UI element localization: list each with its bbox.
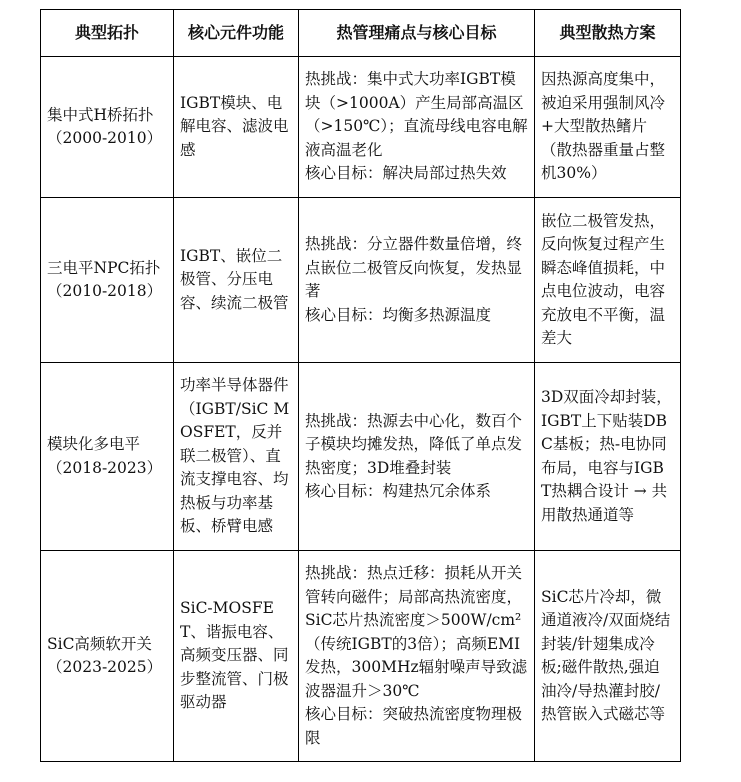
topology-period: （2010-2018） xyxy=(47,280,167,304)
topology-period: （2018-2023） xyxy=(47,457,167,481)
table-row: 三电平NPC拓扑 （2010-2018） IGBT、嵌位二极管、分压电容、续流二… xyxy=(41,198,681,363)
table-row: 模块化多电平 （2018-2023） 功率半导体器件（IGBT/SiC MOSF… xyxy=(41,363,681,551)
cell-cooling-solution: SiC芯片冷却，微通道液冷/双面烧结封装/针翅集成冷板;磁件散热,强迫油冷/导热… xyxy=(535,551,681,762)
cell-cooling-solution: 3D双面冷却封装，IGBT上下贴装DBC基板；热-电协同布局，电容与IGBT热耦… xyxy=(535,363,681,551)
header-pain-points: 热管理痛点与核心目标 xyxy=(299,10,535,57)
topology-name: 模块化多电平 xyxy=(47,433,167,457)
table-row: 集中式H桥拓扑 （2000-2010） IGBT模块、电解电容、滤波电感 热挑战… xyxy=(41,57,681,198)
cell-cooling-solution: 因热源高度集中，被迫采用强制风冷+大型散热鳍片（散热器重量占整机30%） xyxy=(535,57,681,198)
cell-pain-points: 热挑战：热源去中心化，数百个子模块均摊发热，降低了单点发热密度；3D堆叠封装 核… xyxy=(299,363,535,551)
core-goal: 核心目标：构建热冗余体系 xyxy=(305,480,528,504)
header-topology: 典型拓扑 xyxy=(41,10,174,57)
header-components: 核心元件功能 xyxy=(174,10,299,57)
cell-components: IGBT模块、电解电容、滤波电感 xyxy=(174,57,299,198)
table-header-row: 典型拓扑 核心元件功能 热管理痛点与核心目标 典型散热方案 xyxy=(41,10,681,57)
topology-period: （2023-2025） xyxy=(47,656,167,680)
cell-components: IGBT、嵌位二极管、分压电容、续流二极管 xyxy=(174,198,299,363)
cell-cooling-solution: 嵌位二极管发热，反向恢复过程产生瞬态峰值损耗，中点电位波动，电容充放电不平衡，温… xyxy=(535,198,681,363)
cell-pain-points: 热挑战：分立器件数量倍增，终点嵌位二极管反向恢复，发热显著 核心目标：均衡多热源… xyxy=(299,198,535,363)
thermal-management-table: 典型拓扑 核心元件功能 热管理痛点与核心目标 典型散热方案 集中式H桥拓扑 （2… xyxy=(40,9,681,762)
topology-name: 三电平NPC拓扑 xyxy=(47,257,167,281)
cell-components: 功率半导体器件（IGBT/SiC MOSFET，反并联二极管）、直流支撑电容、均… xyxy=(174,363,299,551)
cell-topology: 模块化多电平 （2018-2023） xyxy=(41,363,174,551)
thermal-challenge: 热挑战：热源去中心化，数百个子模块均摊发热，降低了单点发热密度；3D堆叠封装 xyxy=(305,410,528,481)
topology-name: 集中式H桥拓扑 xyxy=(47,104,167,128)
cell-pain-points: 热挑战：集中式大功率IGBT模块（>1000A）产生局部高温区（>150℃）；直… xyxy=(299,57,535,198)
cell-components: SiC-MOSFET、谐振电容、高频变压器、同步整流管、门极驱动器 xyxy=(174,551,299,762)
header-cooling-solution: 典型散热方案 xyxy=(535,10,681,57)
thermal-challenge: 热挑战：热点迁移：损耗从开关管转向磁件；局部高热流密度，SiC芯片热流密度＞50… xyxy=(305,562,528,703)
cell-topology: SiC高频软开关 （2023-2025） xyxy=(41,551,174,762)
core-goal: 核心目标：突破热流密度物理极限 xyxy=(305,703,528,750)
cell-topology: 集中式H桥拓扑 （2000-2010） xyxy=(41,57,174,198)
topology-period: （2000-2010） xyxy=(47,127,167,151)
core-goal: 核心目标：解决局部过热失效 xyxy=(305,162,528,186)
topology-name: SiC高频软开关 xyxy=(47,633,167,657)
thermal-challenge: 热挑战：分立器件数量倍增，终点嵌位二极管反向恢复，发热显著 xyxy=(305,233,528,304)
core-goal: 核心目标：均衡多热源温度 xyxy=(305,304,528,328)
thermal-challenge: 热挑战：集中式大功率IGBT模块（>1000A）产生局部高温区（>150℃）；直… xyxy=(305,68,528,162)
cell-pain-points: 热挑战：热点迁移：损耗从开关管转向磁件；局部高热流密度，SiC芯片热流密度＞50… xyxy=(299,551,535,762)
table-row: SiC高频软开关 （2023-2025） SiC-MOSFET、谐振电容、高频变… xyxy=(41,551,681,762)
cell-topology: 三电平NPC拓扑 （2010-2018） xyxy=(41,198,174,363)
